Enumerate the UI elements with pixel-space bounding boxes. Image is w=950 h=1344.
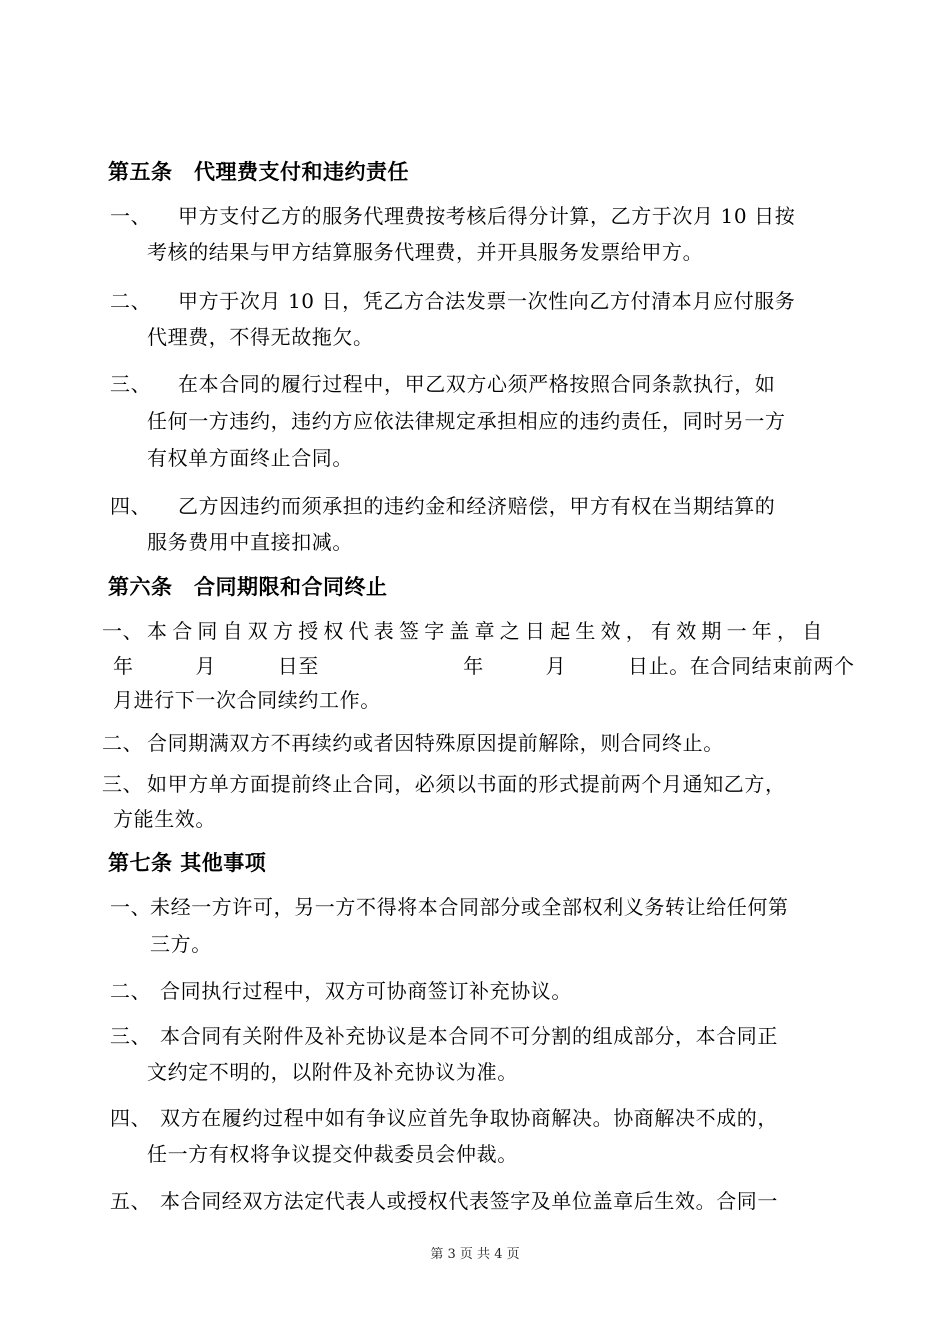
s5-item3-line3: 有权单方面终止合同。 (147, 442, 353, 471)
s6-item2-line1: 合同期满双方不再续约或者因特殊原因提前解除，则合同终止。 (147, 727, 724, 756)
document-page: 第五条 代理费支付和违约责任 一、 甲方支付乙方的服务代理费按考核后得分计算，乙… (0, 0, 950, 1344)
s5-item1-line1: 甲方支付乙方的服务代理费按考核后得分计算，乙方于次月 10 日按 (178, 200, 795, 229)
s7-item2-line1: 合同执行过程中，双方可协商签订补充协议。 (160, 975, 572, 1004)
s5-item3-line1: 在本合同的履行过程中，甲乙双方心须严格按照合同条款执行，如 (178, 368, 775, 397)
s7-item3-line1: 本合同有关附件及补充协议是本合同不可分割的组成部分，本合同正 (160, 1020, 778, 1049)
s6-item3-line2: 方能生效。 (113, 803, 216, 832)
s6-item3-line1: 如甲方单方面提前终止合同，必须以书面的形式提前两个月通知乙方， (147, 768, 786, 797)
section-7-title: 第七条 其他事项 (108, 847, 266, 877)
s6-item1-line1: 本合同自双方授权代表签字盖章之日起生效，有效期一年，自 (147, 615, 827, 644)
s7-item4-line1: 双方在履约过程中如有争议应首先争取协商解决。协商解决不成的， (160, 1102, 778, 1131)
s7-item1-line1: 未经一方许可，另一方不得将本合同部分或全部权利义务转让给任何第 (150, 891, 789, 920)
s5-item4-line1: 乙方因违约而须承担的违约金和经济赔偿，甲方有权在当期结算的 (178, 490, 775, 519)
s5-item1-line2: 考核的结果与甲方结算服务代理费，并开具服务发票给甲方。 (147, 236, 703, 265)
s7-item2-num: 二、 (110, 975, 151, 1004)
s7-item1-num: 一、 (110, 891, 151, 920)
s6-item3-num: 三、 (102, 768, 143, 797)
section-5-title: 第五条 代理费支付和违约责任 (108, 156, 409, 186)
s7-item3-num: 三、 (110, 1020, 151, 1049)
s5-item3-num: 三、 (110, 368, 151, 397)
s5-item2-line2: 代理费，不得无故拖欠。 (147, 321, 374, 350)
s7-item3-line2: 文约定不明的，以附件及补充协议为准。 (147, 1056, 518, 1085)
s6-item1-line2: 年 月 日至 年 月 日止。在合同结束前两个 (113, 650, 855, 679)
s5-item2-num: 二、 (110, 285, 151, 314)
s6-item1-line3: 月进行下一次合同续约工作。 (113, 684, 381, 713)
s6-item1-num: 一、 (102, 615, 143, 644)
s7-item5-num: 五、 (110, 1185, 151, 1214)
s6-item2-num: 二、 (102, 727, 143, 756)
s5-item1-num: 一、 (110, 200, 151, 229)
page-number-footer: 第 3 页 共 4 页 (0, 1243, 950, 1262)
s7-item4-line2: 任一方有权将争议提交仲裁委员会仲裁。 (147, 1138, 518, 1167)
s7-item4-num: 四、 (110, 1102, 151, 1131)
s5-item4-num: 四、 (110, 490, 151, 519)
s5-item4-line2: 服务费用中直接扣减。 (147, 526, 353, 555)
s5-item2-line1: 甲方于次月 10 日，凭乙方合法发票一次性向乙方付清本月应付服务 (178, 285, 795, 314)
s5-item3-line2: 任何一方违约，违约方应依法律规定承担相应的违约责任，同时另一方 (147, 405, 786, 434)
s7-item5-line1: 本合同经双方法定代表人或授权代表签字及单位盖章后生效。合同一 (160, 1185, 778, 1214)
s7-item1-line2: 三方。 (150, 928, 212, 957)
section-6-title: 第六条 合同期限和合同终止 (108, 571, 388, 601)
